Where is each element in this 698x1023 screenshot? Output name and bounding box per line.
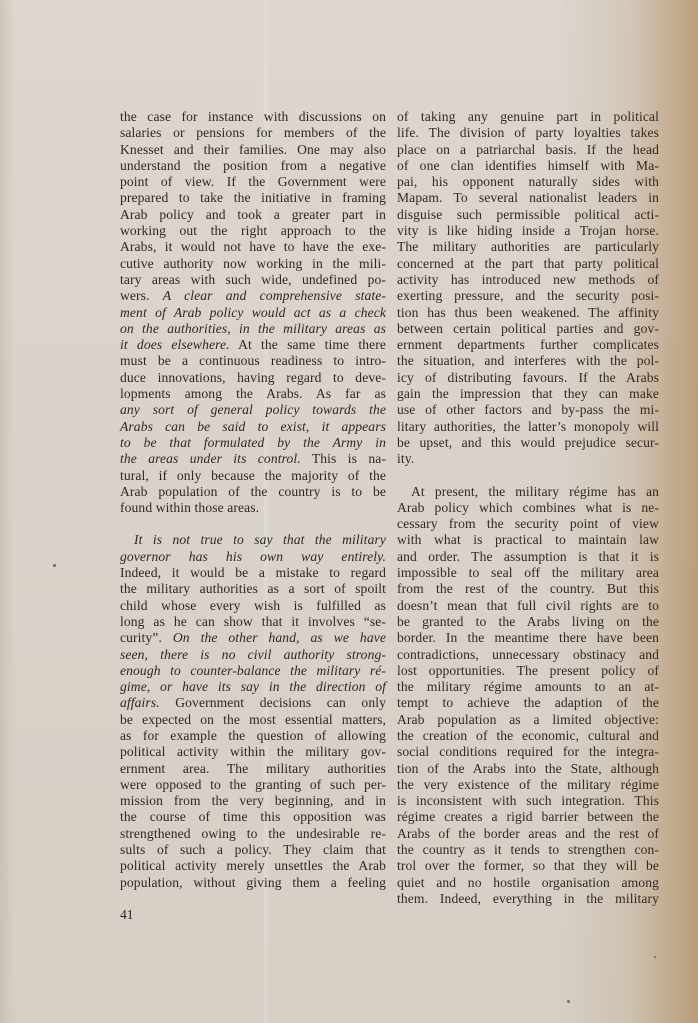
text-line: tion has thus been weakened. The affinit… — [397, 305, 659, 321]
text-line: Arab policy which combines what is ne- — [397, 500, 659, 516]
text-line: Mapam. To several nationalist leaders in — [397, 190, 659, 206]
text-line: litary authorities, the latter’s monopol… — [397, 419, 659, 435]
text-line: icy of distributing favours. If the Arab… — [397, 370, 659, 386]
text-line: from the rest of the country. But this — [397, 581, 659, 597]
text-line: political activity within the military g… — [120, 744, 386, 760]
text-line: long as he can show that it involves “se… — [120, 614, 386, 630]
paper-speck — [53, 564, 56, 567]
italic-text: It is not true to say that the military — [134, 532, 386, 547]
text-line: trol over the former, so that they will … — [397, 858, 659, 874]
text-line: quiet and no hostile organisation among — [397, 875, 659, 891]
text-line: must be a continuous readiness to intro- — [120, 353, 386, 369]
text-line: Arabs of the border areas and the rest o… — [397, 826, 659, 842]
text-line: on the authorities, in the military area… — [120, 321, 386, 337]
text-line: to be that formulated by the Army in — [120, 435, 386, 451]
text-line: seen, there is no civil authority strong… — [120, 647, 386, 663]
text-line: Arab population of the country is to be — [120, 484, 386, 500]
text-line: point of view. If the Government were — [120, 174, 386, 190]
text-line: strengthened owing to the undesirable re… — [120, 826, 386, 842]
text-line: wers. A clear and comprehensive state- — [120, 288, 386, 304]
text-segment: This is na- — [301, 451, 386, 466]
italic-text: ment of Arab policy would act as a check — [120, 305, 386, 320]
text-segment: At the same time there — [230, 337, 386, 352]
text-line: use of other factors and by-pass the mi- — [397, 402, 659, 418]
text-line: cessary from the security point of view — [397, 516, 659, 532]
text-line: the case for instance with discussions o… — [120, 109, 386, 125]
text-line: the military authorities as a sort of sp… — [120, 581, 386, 597]
text-line: contradictions, unnecessary obstinacy an… — [397, 647, 659, 663]
text-line: concerned at the part that party politic… — [397, 256, 659, 272]
text-line: tempt to achieve the adaption of the — [397, 695, 659, 711]
text-line: Arab population as a limited objective: — [397, 712, 659, 728]
text-line: the situation, and interferes with the p… — [397, 353, 659, 369]
text-line: found within those areas. — [120, 500, 386, 516]
paragraph: the case for instance with discussions o… — [120, 109, 386, 516]
text-line: ernment departments further complicates — [397, 337, 659, 353]
text-line: the areas under its control. This is na- — [120, 451, 386, 467]
text-line: child whose every wish is fulfilled as — [120, 598, 386, 614]
italic-text: A clear and comprehensive state- — [163, 288, 386, 303]
text-line: the country as it tends to strengthen co… — [397, 842, 659, 858]
italic-text: On the other hand, as we have — [173, 630, 386, 645]
text-line: be expected on the most essential matter… — [120, 712, 386, 728]
text-line: vity is like hiding inside a Trojan hors… — [397, 223, 659, 239]
text-line: Indeed, it would be a mistake to regard — [120, 565, 386, 581]
text-line: and order. The assumption is that it is — [397, 549, 659, 565]
italic-text: enough to counter-balance the military r… — [120, 663, 386, 678]
text-line: the course of time this opposition was — [120, 809, 386, 825]
italic-text: gime, or have its say in the direction o… — [120, 679, 386, 694]
italic-text: governor has his own way entirely. — [120, 549, 386, 564]
text-line: prepared to take the initiative in frami… — [120, 190, 386, 206]
text-line: the very existence of the military régim… — [397, 777, 659, 793]
text-line: of taking any genuine part in political — [397, 109, 659, 125]
text-line: with what is practical to maintain law — [397, 532, 659, 548]
text-line: régime creates a rigid barrier between t… — [397, 809, 659, 825]
text-line: duce innovations, having regard to deve- — [120, 370, 386, 386]
text-line: salaries or pensions for members of the — [120, 125, 386, 141]
italic-text: affairs. — [120, 695, 160, 710]
text-line: tion of the Arabs into the State, althou… — [397, 761, 659, 777]
text-line: between certain political parties and go… — [397, 321, 659, 337]
text-line: be granted to the Arabs living on the — [397, 614, 659, 630]
text-line: enough to counter-balance the military r… — [120, 663, 386, 679]
text-line: life. The division of party loyalties ta… — [397, 125, 659, 141]
text-line: ernment area. The military authorities — [120, 761, 386, 777]
text-line: be upset, and this would prejudice secur… — [397, 435, 659, 451]
text-line: social conditions required for the integ… — [397, 744, 659, 760]
right-text-column: of taking any genuine part in politicall… — [397, 109, 659, 907]
text-line: At present, the military régime has an — [397, 484, 659, 500]
text-line: were opposed to the granting of such per… — [120, 777, 386, 793]
text-line: affairs. Government decisions can only — [120, 695, 386, 711]
italic-text: seen, there is no civil authority strong… — [120, 647, 386, 662]
text-line: cutive authority now working in the mili… — [120, 256, 386, 272]
text-line: lopments among the Arabs. As far as — [120, 386, 386, 402]
italic-text: it does elsewhere. — [120, 337, 230, 352]
text-line: is inconsistent with such integration. T… — [397, 793, 659, 809]
paragraph: of taking any genuine part in politicall… — [397, 109, 659, 468]
text-line: tural, if only because the majority of t… — [120, 468, 386, 484]
text-line: them. Indeed, everything in the military — [397, 891, 659, 907]
text-line: working out the right approach to the — [120, 223, 386, 239]
paragraph-gap — [397, 468, 659, 484]
italic-text: on the authorities, in the military area… — [120, 321, 386, 336]
text-line: place on a patriarchal basis. If the hea… — [397, 142, 659, 158]
text-line: the military régime amounts to an at- — [397, 679, 659, 695]
text-line: any sort of general policy towards the — [120, 402, 386, 418]
text-segment: curity”. — [120, 630, 173, 645]
text-line: of one clan identifies himself with Ma- — [397, 158, 659, 174]
text-line: tary areas with such wide, undefined po- — [120, 272, 386, 288]
scanned-book-page: the case for instance with discussions o… — [0, 0, 698, 1023]
text-line: It is not true to say that the military — [120, 532, 386, 548]
text-line: as for example the question of allowing — [120, 728, 386, 744]
page-number: 41 — [120, 907, 134, 923]
text-line: The military authorities are particularl… — [397, 239, 659, 255]
italic-text: any sort of general policy towards the — [120, 402, 386, 417]
italic-text: Arabs can be said to exist, it appears — [120, 419, 386, 434]
text-line: disguise such permissible political acti… — [397, 207, 659, 223]
left-text-column: the case for instance with discussions o… — [120, 109, 386, 891]
paragraph: At present, the military régime has anAr… — [397, 484, 659, 908]
text-line: political activity merely unsettles the … — [120, 858, 386, 874]
text-line: ment of Arab policy would act as a check — [120, 305, 386, 321]
text-line: governor has his own way entirely. — [120, 549, 386, 565]
text-line: gime, or have its say in the direction o… — [120, 679, 386, 695]
text-line: gain the impression that they can make — [397, 386, 659, 402]
text-line: Arab policy and took a greater part in — [120, 207, 386, 223]
text-line: population, without giving them a feelin… — [120, 875, 386, 891]
paragraph-gap — [120, 516, 386, 532]
italic-text: to be that formulated by the Army in — [120, 435, 386, 450]
text-segment: Government decisions can only — [160, 695, 386, 710]
text-line: ity. — [397, 451, 659, 467]
text-line: the creation of the economic, cultural a… — [397, 728, 659, 744]
text-line: it does elsewhere. At the same time ther… — [120, 337, 386, 353]
text-line: mission from the very beginning, and in — [120, 793, 386, 809]
paragraph: It is not true to say that the militaryg… — [120, 532, 386, 891]
text-segment: wers. — [120, 288, 163, 303]
text-line: exerting pressure, and the security posi… — [397, 288, 659, 304]
paper-speck — [567, 1000, 570, 1003]
text-line: activity has introduced new methods of — [397, 272, 659, 288]
text-line: pai, his opponent naturally sides with — [397, 174, 659, 190]
paper-speck — [654, 956, 656, 958]
text-line: impossible to seal off the military area — [397, 565, 659, 581]
text-line: Arabs can be said to exist, it appears — [120, 419, 386, 435]
italic-text: the areas under its control. — [120, 451, 301, 466]
text-line: understand the position from a negative — [120, 158, 386, 174]
text-line: border. In the meantime there have been — [397, 630, 659, 646]
text-line: doesn’t mean that full civil rights are … — [397, 598, 659, 614]
text-line: sults of such a policy. They claim that — [120, 842, 386, 858]
text-line: curity”. On the other hand, as we have — [120, 630, 386, 646]
text-line: Arabs, it would not have to have the exe… — [120, 239, 386, 255]
text-line: lost opportunities. The present policy o… — [397, 663, 659, 679]
text-line: Knesset and their families. One may also — [120, 142, 386, 158]
